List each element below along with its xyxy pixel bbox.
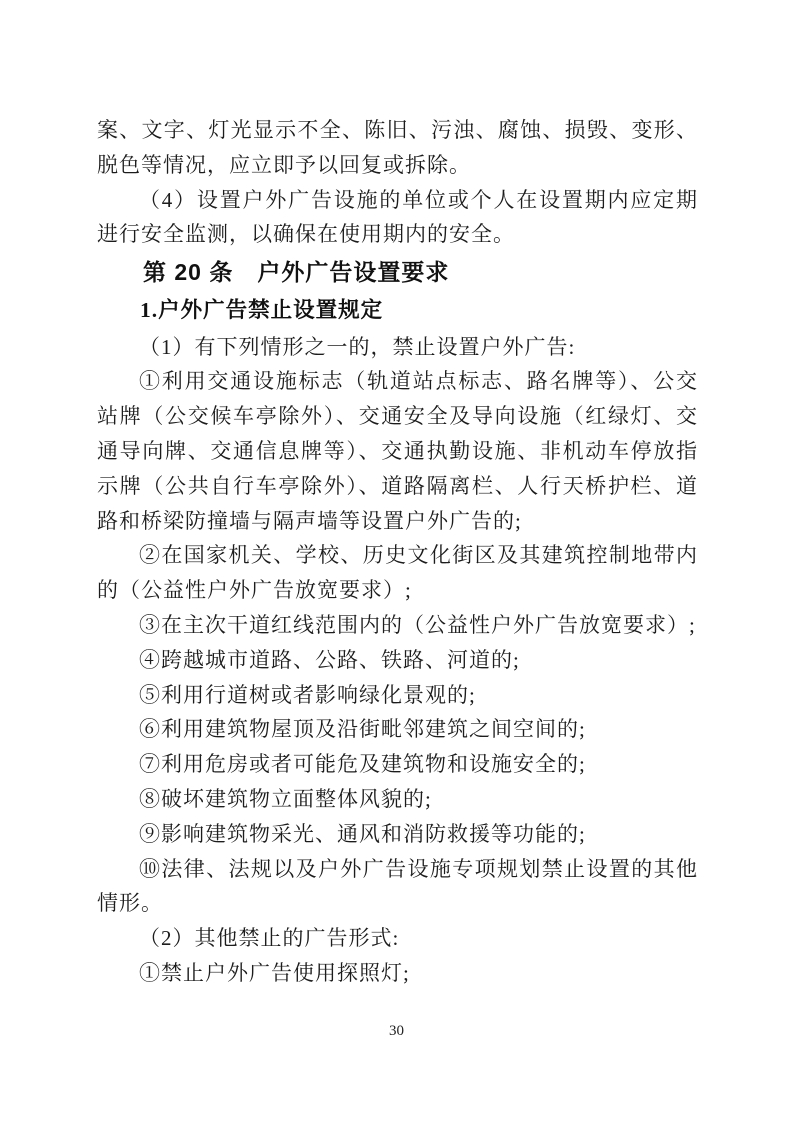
list-item-circled-9: ⑨影响建筑物采光、通风和消防救援等功能的;	[97, 817, 698, 852]
list-item-circled-3: ③在主次干道红线范围内的（公益性户外广告放宽要求）;	[97, 608, 698, 643]
paragraph-item-2-intro: （2）其他禁止的广告形式:	[97, 921, 698, 956]
list-item-circled-8: ⑧破坏建筑物立面整体风貌的;	[97, 782, 698, 817]
paragraph-continuation: 案、文字、灯光显示不全、陈旧、污浊、腐蚀、损毁、变形、脱色等情况，应立即予以回复…	[97, 113, 698, 183]
list-item-circled-6: ⑥利用建筑物屋顶及沿街毗邻建筑之间空间的;	[97, 712, 698, 747]
list-item-circled-7: ⑦利用危房或者可能危及建筑物和设施安全的;	[97, 747, 698, 782]
list-item-circled-1: ①利用交通设施标志（轨道站点标志、路名牌等）、公交站牌（公交候车亭除外）、交通安…	[97, 364, 698, 538]
section-1-heading: 1.户外广告禁止设置规定	[97, 293, 698, 329]
list-item-circled-1b: ①禁止户外广告使用探照灯;	[97, 956, 698, 991]
page-number: 30	[389, 1023, 404, 1039]
list-item-circled-5: ⑤利用行道树或者影响绿化景观的;	[97, 678, 698, 713]
page-footer: 30	[0, 1022, 793, 1040]
paragraph-item-1-intro: （1）有下列情形之一的，禁止设置户外广告:	[97, 330, 698, 365]
list-item-circled-4: ④跨越城市道路、公路、铁路、河道的;	[97, 643, 698, 678]
document-body: 案、文字、灯光显示不全、陈旧、污浊、腐蚀、损毁、变形、脱色等情况，应立即予以回复…	[97, 113, 698, 991]
article-20-heading: 第 20 条 户外广告设置要求	[97, 253, 698, 291]
paragraph-item-4: （4）设置户外广告设施的单位或个人在设置期内应定期进行安全监测，以确保在使用期内…	[97, 183, 698, 253]
document-page: 案、文字、灯光显示不全、陈旧、污浊、腐蚀、损毁、变形、脱色等情况，应立即予以回复…	[0, 0, 793, 1122]
list-item-circled-10: ⑩法律、法规以及户外广告设施专项规划禁止设置的其他情形。	[97, 852, 698, 922]
list-item-circled-2: ②在国家机关、学校、历史文化街区及其建筑控制地带内的（公益性户外广告放宽要求）;	[97, 538, 698, 608]
